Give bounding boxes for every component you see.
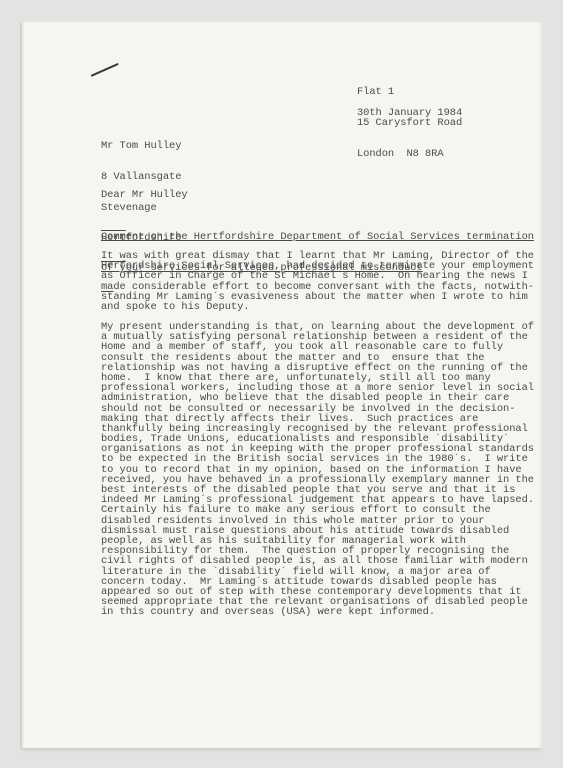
paragraph-line: and spoke to his Deputy. xyxy=(101,302,534,312)
body-paragraph-1: It was with great dismay that I learnt t… xyxy=(101,251,534,312)
sender-address-line: Flat 1 xyxy=(357,87,462,97)
letter-date: 30th January 1984 xyxy=(357,108,462,118)
recipient-address-line: Mr Tom Hulley xyxy=(101,141,181,151)
letter-page: Flat 1 15 Carysfort Road London N8 8RA 3… xyxy=(22,22,539,748)
subject-line-text: Comment on the Hertfordshire Department … xyxy=(101,232,534,242)
paragraph-line: civil rights of disabled people is, as a… xyxy=(101,556,534,566)
sender-address-line: 15 Carysfort Road xyxy=(357,118,462,128)
body-paragraph-2: My present understanding is that, on lea… xyxy=(101,322,534,617)
sender-address: Flat 1 15 Carysfort Road London N8 8RA xyxy=(357,67,462,179)
sender-address-line: London N8 8RA xyxy=(357,149,462,159)
pen-mark xyxy=(91,63,119,77)
salutation: Dear Mr Hulley xyxy=(101,190,188,200)
page-edge xyxy=(539,22,542,748)
paragraph-line: administration, who believe that the dis… xyxy=(101,393,534,403)
paragraph-line: in this country and overseas (USA) were … xyxy=(101,607,534,617)
recipient-address-line: 8 Vallansgate xyxy=(101,172,181,182)
